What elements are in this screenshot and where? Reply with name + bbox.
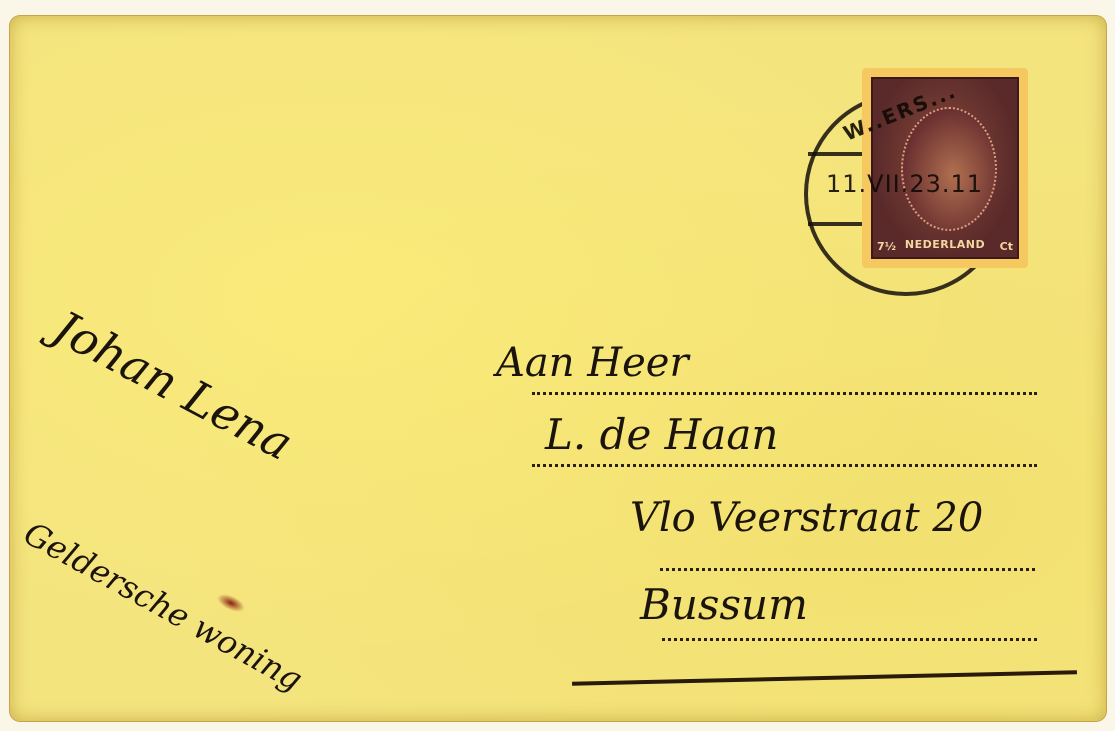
address-rule-3 (660, 568, 1035, 571)
queen-portrait-icon (901, 107, 997, 231)
address-line-2: L. de Haan (545, 410, 778, 459)
address-rule-1 (532, 392, 1037, 395)
address-line-1: Aan Heer (496, 340, 689, 386)
address-rule-4 (662, 638, 1037, 641)
address-rule-2 (532, 464, 1037, 467)
stamp-currency: Ct (1000, 240, 1013, 253)
postmark-date: 11.VII.23.11 (826, 170, 983, 198)
address-line-3: Vlo Veerstraat 20 (630, 495, 983, 541)
stamp-country: NEDERLAND (873, 238, 1017, 251)
address-line-4: Bussum (640, 580, 808, 629)
